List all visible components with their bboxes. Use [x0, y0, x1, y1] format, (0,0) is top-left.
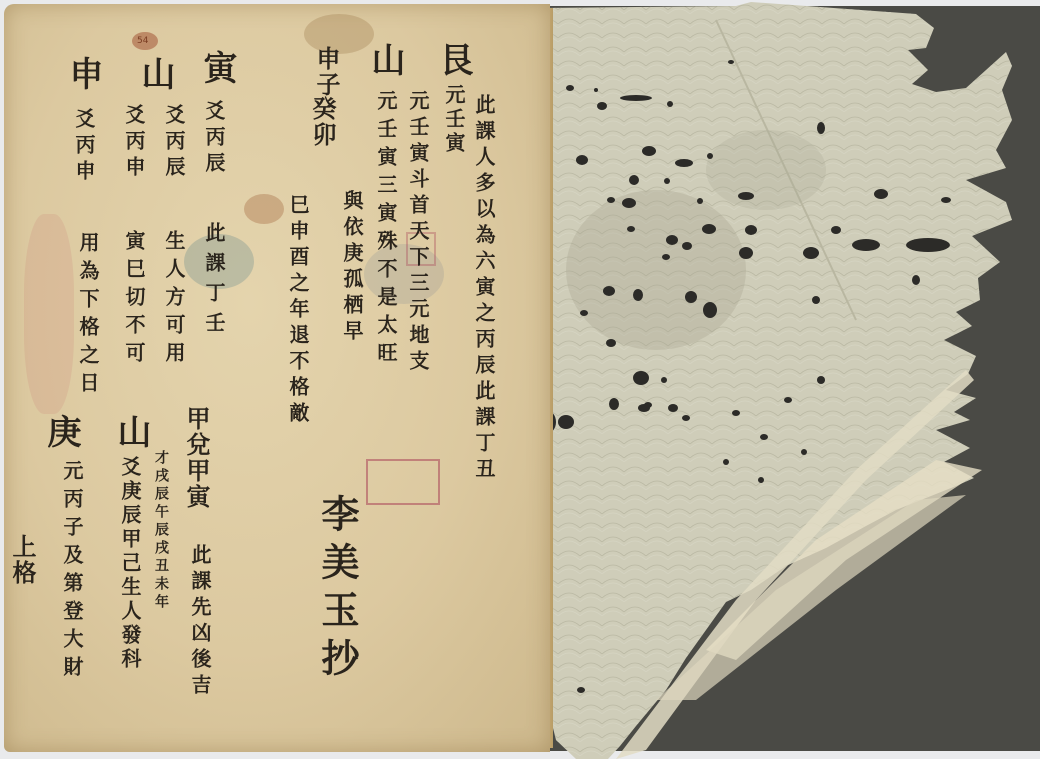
manuscript-photo: 54 此課人多以為六寅之丙辰此課丁丑 艮 元壬寅 元壬寅斗首天下三元地支 元壬寅… [0, 0, 1040, 759]
text-column: 癸卯 [310, 96, 334, 148]
text-column-heading: 山 [138, 56, 172, 92]
text-column: 用為下格之日 [78, 232, 98, 400]
text-column: 爻庚辰甲己生人發科 [120, 456, 140, 672]
text-column: 此課先凶後吉 [190, 544, 210, 700]
text-column: 元壬寅 [444, 84, 464, 156]
text-column: 上格 [10, 534, 34, 586]
text-column: 元壬寅斗首天下三元地支 [408, 90, 428, 376]
text-column: 此課人多以為六寅之丙辰此課丁丑 [474, 94, 494, 484]
text-column: 元丙子及第登大財 [62, 460, 82, 684]
copyist-signature: 李美玉抄 [318, 494, 356, 686]
left-page: 54 此課人多以為六寅之丙辰此課丁丑 艮 元壬寅 元壬寅斗首天下三元地支 元壬寅… [4, 4, 550, 752]
red-pencil-smudge [24, 214, 74, 414]
stain [244, 194, 284, 224]
red-pencil-box [366, 459, 440, 505]
text-column: 爻丙申 [124, 104, 144, 182]
damaged-leaf [536, 0, 1016, 759]
text-column: 爻丙辰 [164, 104, 184, 182]
text-column: 與依庚孤栖早 [342, 190, 362, 346]
text-column: 寅巳切不可 [124, 230, 144, 370]
text-column: 才戌辰午辰戌丑未年 [154, 450, 168, 612]
text-column-heading: 山 [368, 42, 402, 78]
text-column: 爻丙申 [74, 108, 94, 186]
text-column: 此課丁壬 [204, 222, 224, 342]
text-column: 爻丙辰 [204, 100, 224, 178]
text-column: 生人方可用 [164, 230, 184, 370]
text-column: 甲兌甲寅 [184, 406, 208, 510]
page-number: 54 [137, 36, 148, 46]
text-column-heading: 艮 [436, 42, 470, 78]
text-column-heading: 庚 [44, 414, 78, 450]
text-column: 巳申酉之年退不格敵 [288, 194, 308, 428]
text-column-heading: 申 [66, 56, 100, 92]
text-column-heading: 寅 [200, 50, 234, 86]
text-column: 元壬寅三寅殊不是太旺 [376, 90, 396, 370]
text-column-heading: 山 [114, 414, 148, 450]
text-column: 申子 [314, 46, 338, 98]
